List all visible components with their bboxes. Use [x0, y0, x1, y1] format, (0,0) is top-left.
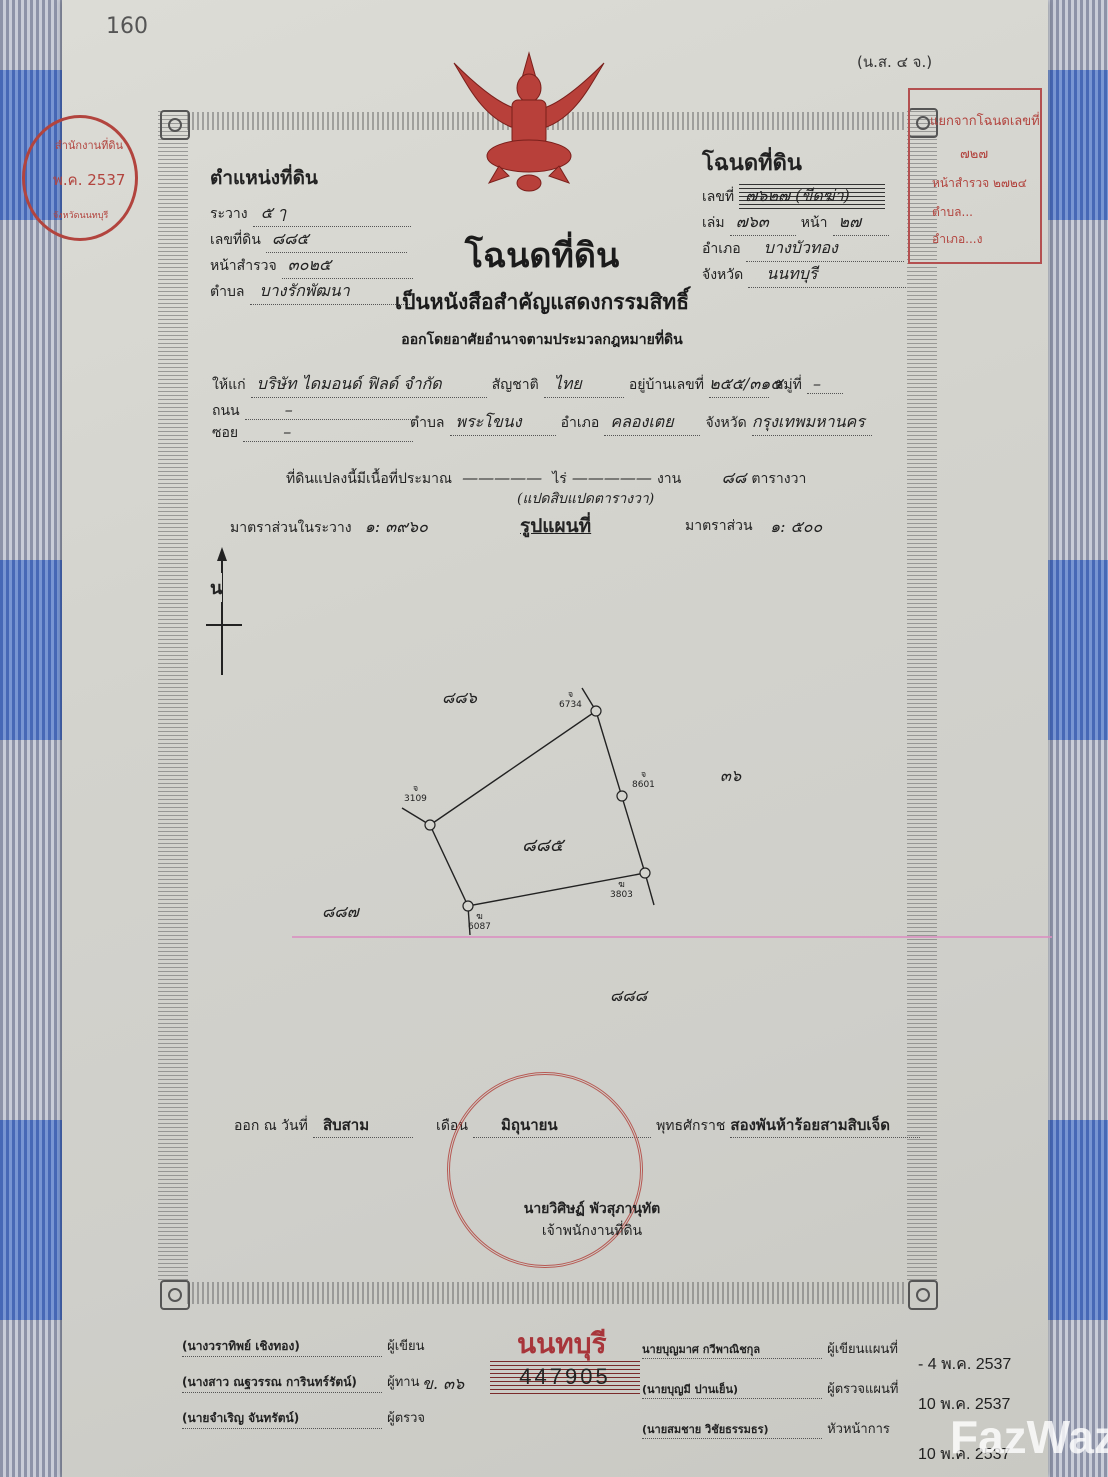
stamp-line: อำเภอ...ง [932, 230, 1040, 249]
deed-number-value: ๗๖๒๗ (ขีดฆ่า) [739, 184, 885, 209]
serial-number: 447905 [490, 1360, 640, 1394]
signature-row: (นางวราทิพย์ เชิงทอง) ผู้เขียน [182, 1335, 482, 1371]
province-value: นนทบุรี [748, 262, 906, 288]
stamp-top-text: สำนักงานที่ดิน [55, 136, 123, 154]
ornament-corner-icon [908, 1280, 938, 1310]
writer-role: ผู้เขียน [387, 1339, 424, 1354]
field-row: เล่ม ๗๖๓ หน้า ๒๗ [702, 210, 912, 236]
sheet-scale-label: มาตราส่วนในระวาง [230, 520, 352, 536]
stamp-line: ตำบล... [932, 203, 1040, 222]
watermark-text: FazWaz [950, 1411, 1108, 1463]
page-value: ๒๗ [833, 210, 889, 236]
boundary-marker-label: จ 6734 [559, 690, 582, 710]
nationality-value: ไทย [544, 372, 624, 398]
field-row: จังหวัด นนทบุรี [702, 262, 912, 288]
official-signature-block: นายวิศิษฏ์ พัวสุภานุทัต เจ้าพนักงานที่ดิ… [492, 1198, 692, 1242]
marker-code: 8601 [632, 780, 655, 790]
fazwaz-watermark: FazWaz [950, 1410, 1108, 1464]
neighbor-parcel-label: ๘๘๖ [442, 686, 477, 711]
area-in-words: (แปดสิบแปดตารางวา) [517, 488, 654, 510]
field-label: หน้า [801, 215, 828, 231]
boundary-marker-label: จ 3109 [404, 784, 427, 804]
house-number-value: ๒๕๕/๓๑๕ [709, 372, 769, 398]
north-arrow-icon: น [202, 545, 242, 675]
official-title: เจ้าพนักงานที่ดิน [492, 1220, 692, 1242]
boundary-marker-label: ฆ 3803 [610, 880, 633, 900]
land-location-heading: ตำแหน่งที่ดิน [210, 163, 450, 193]
field-label: ซอย [212, 425, 238, 441]
issue-day-value: สิบสาม [313, 1113, 413, 1138]
deed-heading: โฉนดที่ดิน [702, 145, 912, 180]
field-label: อำเภอ [561, 415, 600, 431]
field-label: เลขที่ดิน [210, 232, 261, 248]
map-writer-role: ผู้เขียนแผนที่ [827, 1342, 898, 1357]
map-writer-name: นายบุญมาศ กวีพาณิชกุล [642, 1340, 822, 1359]
volume-value: ๗๖๓ [730, 210, 796, 236]
chief-name: (นายสมชาย วิชัยธรรมธร) [642, 1420, 822, 1439]
field-label: หน้าสำรวจ [210, 258, 277, 274]
square-wa-value: ๘๘ [686, 466, 746, 491]
marker-code: 6087 [468, 922, 491, 932]
north-label: น [210, 573, 222, 602]
field-label: ระวาง [210, 206, 248, 222]
document-title: โฉนดที่ดิน [362, 228, 722, 282]
rai-label: ไร่ [552, 471, 567, 487]
map-scale-value: ๑: ๕๐๐ [770, 515, 822, 540]
address-line: ตำบล พระโขนง อำเภอ คลองเตย จังหวัด กรุงเ… [410, 410, 872, 436]
marker-prefix: ฆ [610, 880, 633, 890]
writer-name: (นางวราทิพย์ เชิงทอง) [182, 1337, 382, 1357]
marker-prefix: จ [632, 770, 655, 780]
owner-name-value: บริษัท ไดมอนด์ ฟิลด์ จำกัด [251, 372, 487, 398]
marker-prefix: ฆ [468, 912, 491, 922]
official-name: นายวิศิษฏ์ พัวสุภานุทัต [492, 1198, 692, 1220]
map-heading: รูปแผนที่ [520, 511, 591, 541]
parcel-map: ๘๘๕ ๘๘๖ ๘๘๗ ๓๖ จ 3109 จ 6734 จ 8601 ฆ 38… [292, 680, 812, 940]
split-from-deed-stamp: แยกจากโฉนดเลขที่ ๗๒๗ หน้าสำรวจ ๒๗๒๔ ตำบล… [908, 88, 1042, 264]
pencil-number: 160 [106, 14, 148, 39]
pink-rule-line [292, 936, 1052, 938]
map-header: มาตราส่วนในระวาง ๑: ๓๙๖๐ รูปแผนที่ มาตรา… [230, 515, 910, 540]
field-label: ถนน [212, 403, 240, 419]
ornament-corner-icon [160, 1280, 190, 1310]
chief-role: หัวหน้าการ [827, 1422, 890, 1437]
garuda-emblem-icon [444, 48, 614, 198]
area-label: ที่ดินแปลงนี้มีเนื้อที่ประมาณ [286, 471, 452, 487]
reviewer-role: ผู้ทาน [387, 1375, 419, 1390]
moo-value: – [807, 374, 843, 394]
field-row: อำเภอ บางบัวทอง [702, 236, 912, 262]
neighbor-parcel-label: ๓๖ [720, 764, 741, 789]
field-label: ตำบล [210, 284, 244, 300]
sheet-scale-value: ๑: ๓๙๖๐ [365, 517, 428, 536]
marker-code: 6734 [559, 700, 582, 710]
owner-province-value: กรุงเทพมหานคร [752, 410, 872, 436]
year-label: พุทธศักราช [656, 1118, 725, 1134]
form-code: (น.ส. ๔ จ.) [857, 50, 932, 74]
field-label: เลขที่ [702, 189, 734, 205]
inspector-role: ผู้ตรวจ [387, 1411, 425, 1426]
issue-year-value: สองพันห้าร้อยสามสิบเจ็ด [730, 1113, 920, 1138]
marker-prefix: จ [559, 690, 582, 700]
authority-line: ออกโดยอาศัยอำนาจตามประมวลกฎหมายที่ดิน [362, 329, 722, 351]
map-checker-name: (นายบุญมี ปานเย็น) [642, 1380, 822, 1399]
stamp-line: แยกจากโฉนดเลขที่ [930, 110, 1040, 131]
land-office-round-stamp: สำนักงานที่ดิน พ.ค. 2537 จังหวัดนนทบุรี [22, 115, 138, 241]
parcel-number-label: ๘๘๕ [522, 830, 563, 859]
map-scale-label: มาตราส่วน [685, 515, 753, 537]
document-subtitle: เป็นหนังสือสำคัญแสดงกรรมสิทธิ์ [362, 286, 722, 319]
signature-row: นายบุญมาศ กวีพาณิชกุล ผู้เขียนแผนที่ - 4… [642, 1338, 1052, 1378]
issued-label: ออก ณ วันที่ [234, 1118, 308, 1134]
title-block: โฉนดที่ดิน เป็นหนังสือสำคัญแสดงกรรมสิทธิ… [362, 228, 722, 351]
stamp-line: หน้าสำรวจ ๒๗๒๔ [932, 174, 1040, 193]
neighbor-parcel-label: ๘๘๗ [322, 900, 359, 925]
field-row: ระวาง ๕ ๅ [210, 201, 450, 227]
rai-value: ————— [457, 468, 547, 487]
marker-code: 3109 [404, 794, 427, 804]
inspector-name: (นายจำเริญ จันทรัตน์) [182, 1409, 382, 1429]
road-line: ถนน – [212, 400, 415, 422]
field-label: สัญชาติ [492, 377, 539, 393]
ornament-corner-icon [160, 110, 190, 140]
boundary-marker-label: ฆ 6087 [468, 912, 491, 932]
neighbor-parcel-label: ๘๘๘ [610, 984, 647, 1009]
bottom-text-border [187, 1282, 907, 1304]
owner-amphoe-value: คลองเตย [604, 410, 700, 436]
owner-tambon-value: พระโขนง [450, 410, 556, 436]
ngan-label: งาน [657, 471, 681, 487]
field-label: ให้แก่ [212, 377, 246, 393]
stamp-bottom-text: จังหวัดนนทบุรี [53, 208, 108, 222]
map-checker-role: ผู้ตรวจแผนที่ [827, 1382, 898, 1397]
deed-info-block: โฉนดที่ดิน เลขที่ ๗๖๒๗ (ขีดฆ่า) เล่ม ๗๖๓… [702, 145, 912, 288]
amphoe-value: บางบัวทอง [746, 236, 904, 262]
field-row: เลขที่ ๗๖๒๗ (ขีดฆ่า) [702, 184, 912, 210]
soi-value: – [243, 422, 413, 442]
stamp-line: ๗๒๗ [960, 143, 1040, 164]
field-label: ตำบล [410, 415, 444, 431]
stamp-date: พ.ค. 2537 [53, 168, 125, 192]
field-label: จังหวัด [706, 415, 747, 431]
signature-row: (นายจำเริญ จันทรัตน์) ผู้ตรวจ [182, 1407, 482, 1443]
reviewer-name: (นางสาว ณฐวรรณ การินทร์รัตน์) [182, 1373, 382, 1393]
marker-code: 3803 [610, 890, 633, 900]
footer-code: ข. ๓๖ [422, 1372, 464, 1397]
map-writer-date: - 4 พ.ค. 2537 [918, 1352, 1011, 1377]
land-title-deed: 160 (น.ส. ๔ จ.) สำนักงานที่ดิน พ.ค. 2537… [62, 0, 1048, 1477]
owner-line: ให้แก่ บริษัท ไดมอนด์ ฟิลด์ จำกัด สัญชาต… [212, 372, 912, 398]
marker-prefix: จ [404, 784, 427, 794]
road-value: – [245, 400, 415, 420]
left-text-border [158, 110, 188, 1280]
sheet-value: ๕ ๅ [253, 201, 411, 227]
soi-line: ซอย – [212, 422, 413, 444]
ngan-value: ————— [572, 468, 652, 487]
boundary-marker-label: จ 8601 [632, 770, 655, 790]
square-wa-label: ตารางวา [751, 471, 806, 487]
field-label: อยู่บ้านเลขที่ [629, 377, 704, 393]
field-label: หมู่ที่ [774, 377, 802, 393]
